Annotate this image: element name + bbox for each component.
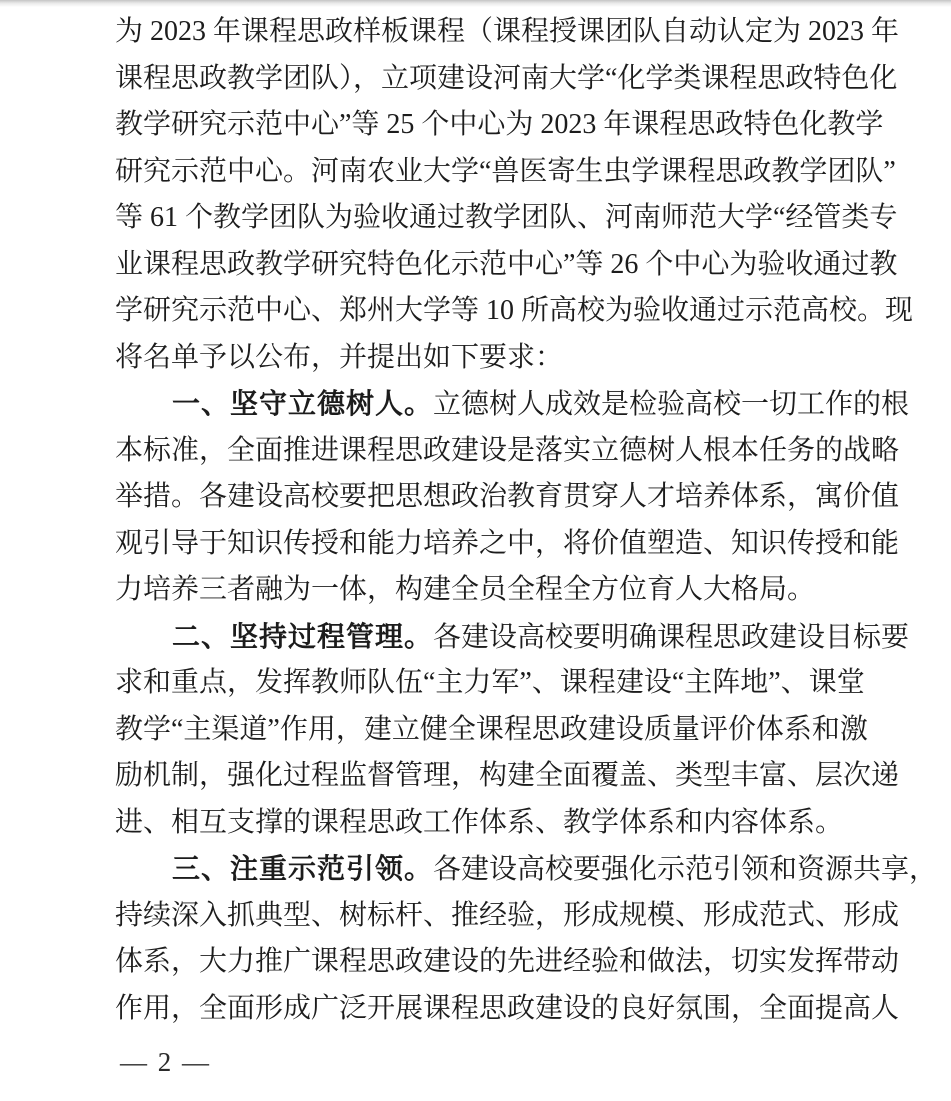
page-top-shadow <box>0 0 951 7</box>
text-line: 力培养三者融为一体，构建全员全程全方位育人大格局。 <box>115 567 851 614</box>
text-line: 等 61 个教学团队为验收通过教学团队、河南师范大学“经管类专 <box>115 195 851 242</box>
text-run: 各建设高校要明确课程思政建设目标要 <box>433 622 909 653</box>
text-run: 立德树人成效是检验高校一切工作的根 <box>433 389 909 420</box>
section-heading: 一、坚守立德树人。 <box>172 388 433 419</box>
text-line: 体系，大力推广课程思政建设的先进经验和做法，切实发挥带动 <box>115 939 851 986</box>
document-body: 为 2023 年课程思政样板课程（课程授课团队自动认定为 2023 年 课程思政… <box>115 9 851 1032</box>
section-heading-line-3: 三、注重示范引领。各建设高校要强化示范引领和资源共享， <box>115 846 851 893</box>
text-line: 将名单予以公布，并提出如下要求： <box>115 335 851 382</box>
text-line: 业课程思政教学研究特色化示范中心”等 26 个中心为验收通过教 <box>115 242 851 289</box>
section-heading-line-2: 二、坚持过程管理。各建设高校要明确课程思政建设目标要 <box>115 614 851 661</box>
section-heading-line-1: 一、坚守立德树人。立德树人成效是检验高校一切工作的根 <box>115 381 851 428</box>
text-line: 励机制，强化过程监督管理，构建全面覆盖、类型丰富、层次递 <box>115 753 851 800</box>
text-line: 观引导于知识传授和能力培养之中，将价值塑造、知识传授和能 <box>115 521 851 568</box>
text-line: 学研究示范中心、郑州大学等 10 所高校为验收通过示范高校。现 <box>115 288 851 335</box>
text-line: 课程思政教学团队），立项建设河南大学“化学类课程思政特色化 <box>115 56 851 103</box>
text-line: 求和重点，发挥教师队伍“主力军”、课程建设“主阵地”、课堂 <box>115 660 851 707</box>
text-line: 为 2023 年课程思政样板课程（课程授课团队自动认定为 2023 年 <box>115 9 851 56</box>
text-line: 举措。各建设高校要把思想政治教育贯穿人才培养体系，寓价值 <box>115 474 851 521</box>
text-line: 教学“主渠道”作用，建立健全课程思政建设质量评价体系和激 <box>115 707 851 754</box>
page-number: — 2 — <box>120 1046 211 1078</box>
text-line: 本标准，全面推进课程思政建设是落实立德树人根本任务的战略 <box>115 428 851 475</box>
text-line: 持续深入抓典型、树标杆、推经验，形成规模、形成范式、形成 <box>115 893 851 940</box>
section-heading: 二、坚持过程管理。 <box>172 621 433 652</box>
text-line: 进、相互支撑的课程思政工作体系、教学体系和内容体系。 <box>115 800 851 847</box>
text-line: 研究示范中心。河南农业大学“兽医寄生虫学课程思政教学团队” <box>115 149 851 196</box>
text-line: 作用，全面形成广泛开展课程思政建设的良好氛围，全面提高人 <box>115 986 851 1033</box>
text-run: 各建设高校要强化示范引领和资源共享， <box>433 854 937 885</box>
text-line: 教学研究示范中心”等 25 个中心为 2023 年课程思政特色化教学 <box>115 102 851 149</box>
section-heading: 三、注重示范引领。 <box>172 853 433 884</box>
